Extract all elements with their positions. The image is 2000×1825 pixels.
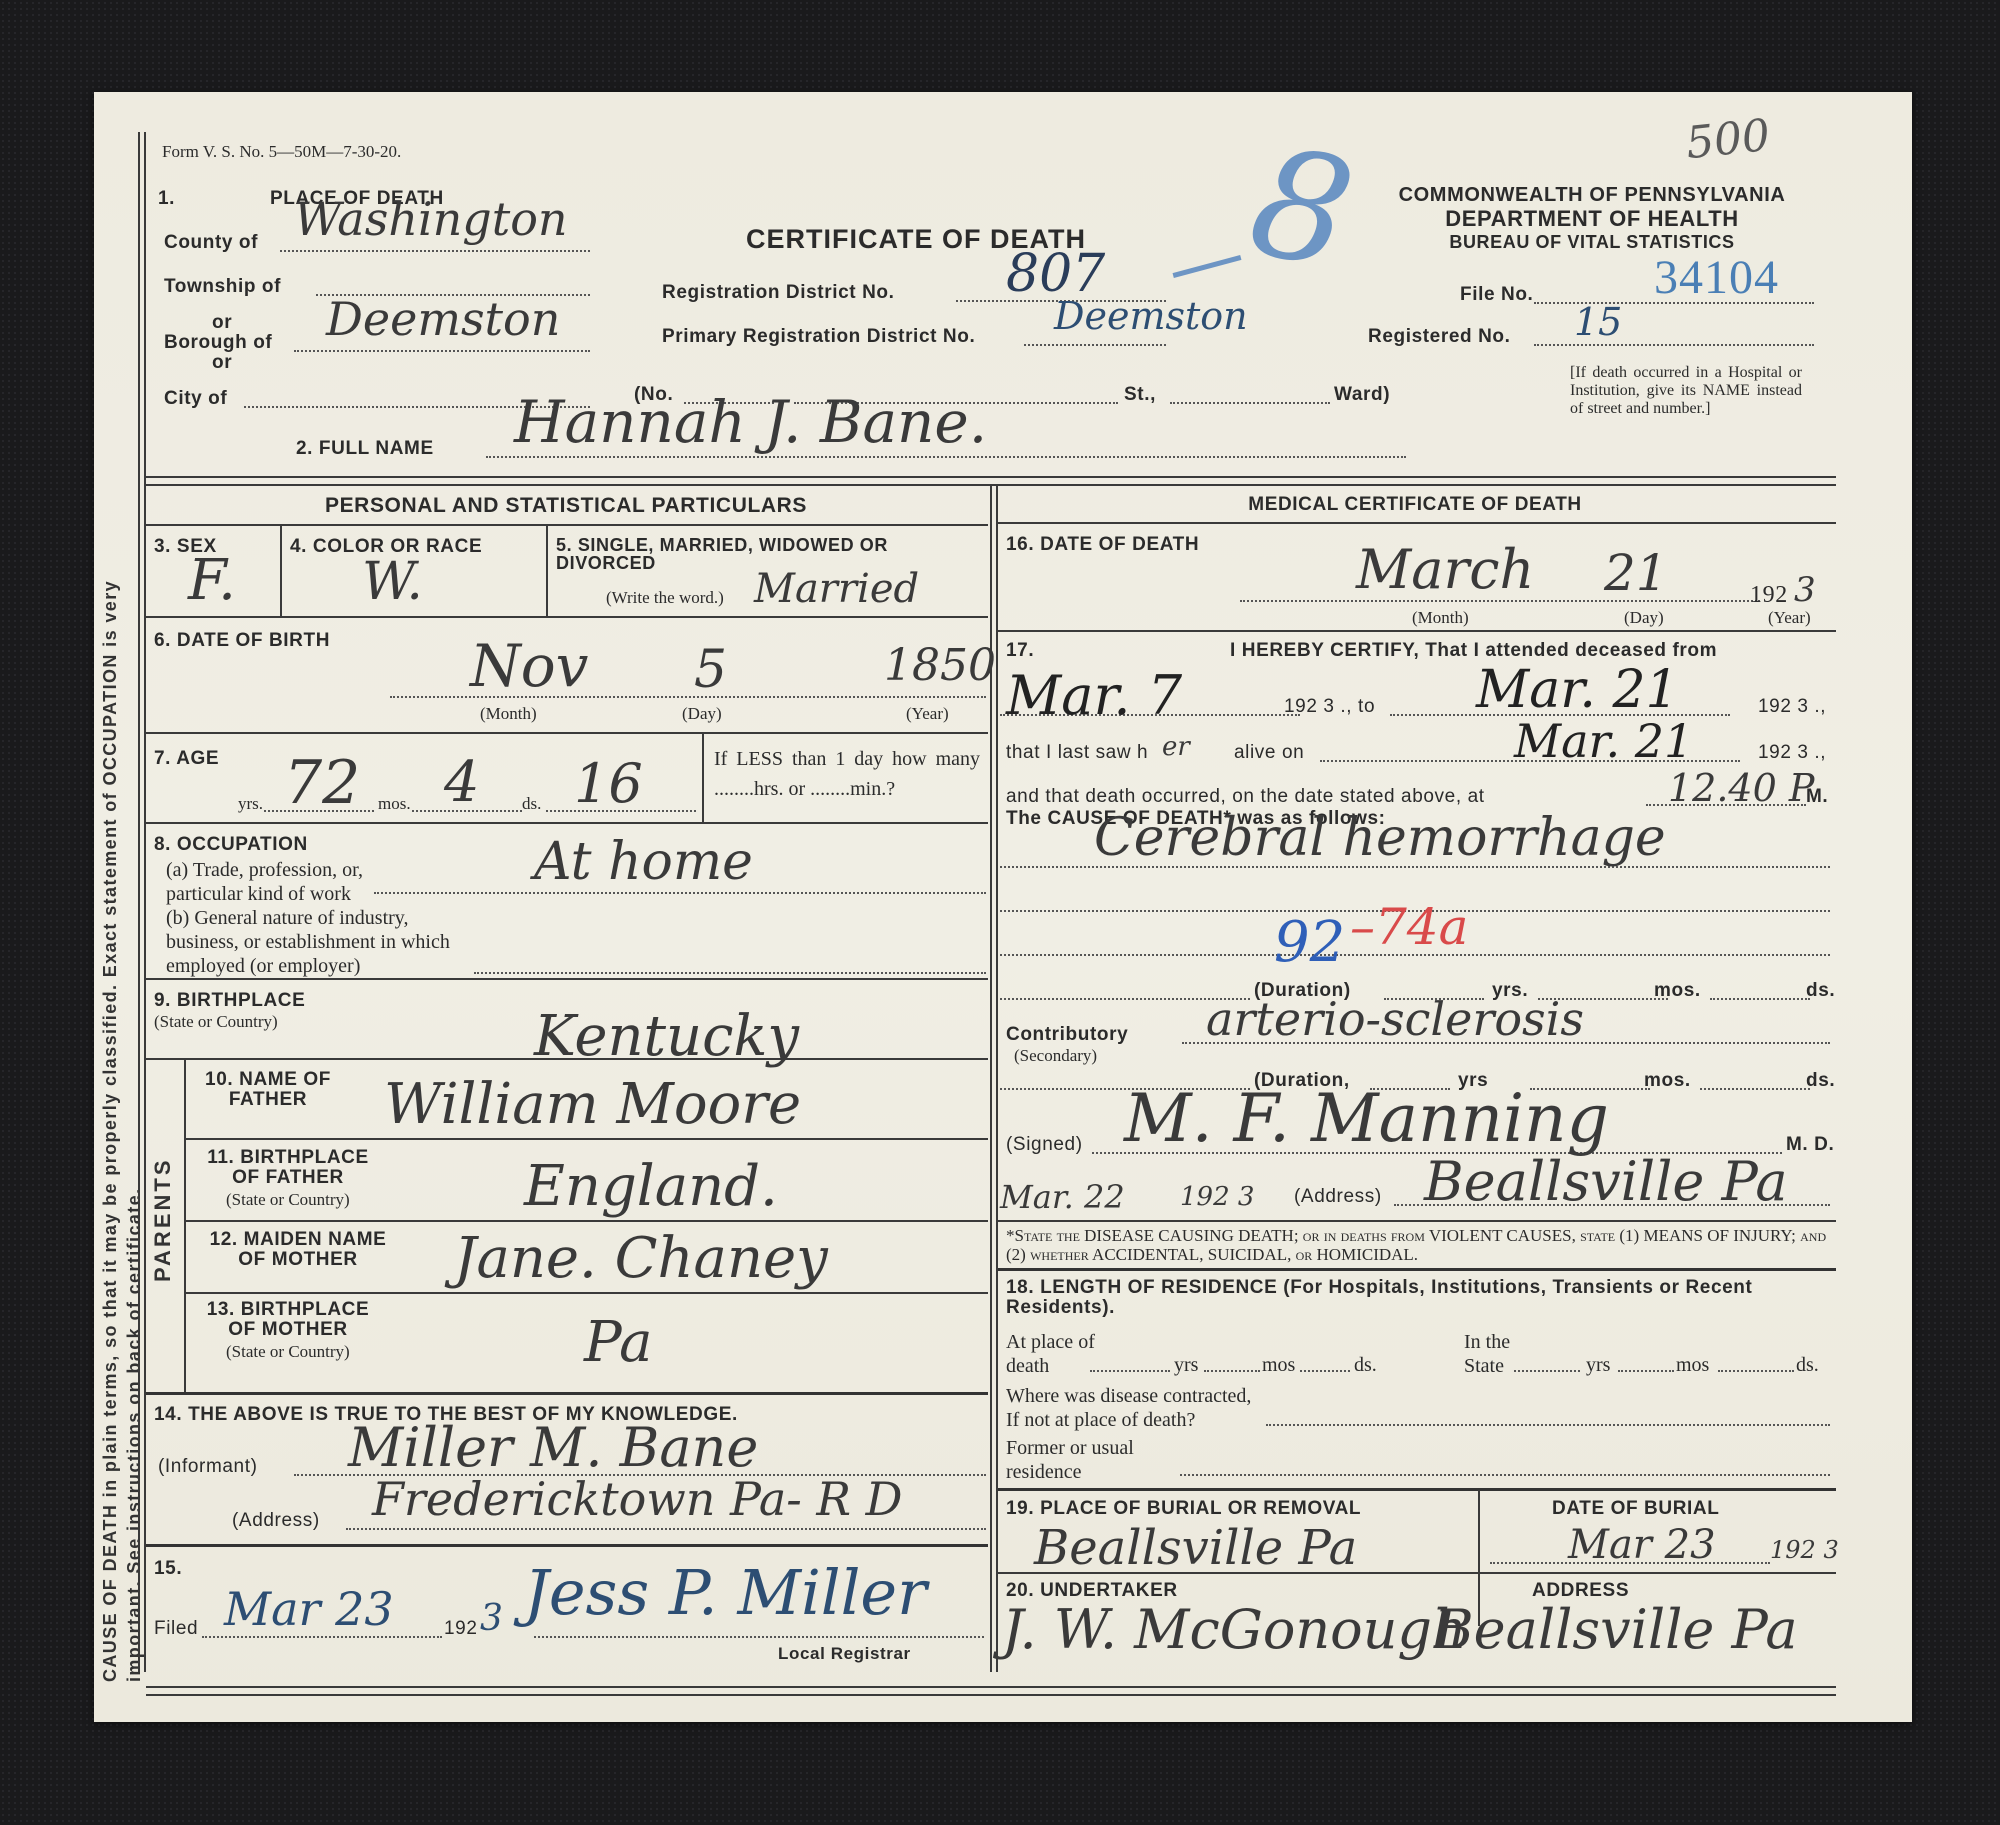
personal-section-title: PERSONAL AND STATISTICAL PARTICULARS — [146, 494, 986, 518]
rule — [280, 524, 282, 616]
in-state-mos-label: mos — [1676, 1354, 1709, 1377]
occupation-a-label: (a) Trade, profession, or, particular ki… — [166, 858, 416, 906]
county-line — [280, 250, 590, 252]
filed-line — [202, 1636, 442, 1638]
attended-from[interactable]: Mar. 7 — [1006, 664, 1182, 727]
agency-line1: COMMONWEALTH OF PENNSYLVANIA — [1362, 184, 1822, 207]
rule — [146, 524, 988, 526]
signed-label: (Signed) — [1006, 1134, 1083, 1156]
occupation-b-line — [474, 972, 986, 974]
dob-month[interactable]: Nov — [470, 632, 588, 700]
filed-year-prefix: 192 — [444, 1618, 478, 1640]
age-ds-label: ds. — [522, 794, 541, 814]
informant-address-value[interactable]: Fredericktown Pa- R D — [372, 1472, 903, 1526]
form-number: Form V. S. No. 5—50M—7-30-20. — [162, 142, 401, 162]
rule — [998, 1488, 1836, 1491]
rule — [146, 1392, 988, 1395]
medical-section-title: MEDICAL CERTIFICATE OF DEATH — [1000, 494, 1830, 516]
column-divider — [996, 486, 998, 1672]
undertaker-value[interactable]: J. W. McGonough — [1002, 1598, 1467, 1661]
file-number-label: File No. — [1460, 284, 1533, 306]
rule — [146, 822, 988, 824]
in-state-ds-label: ds. — [1796, 1354, 1819, 1377]
cause-value[interactable]: Cerebral hemorrhage — [1094, 808, 1666, 868]
full-name-value[interactable]: Hannah J. Bane. — [514, 388, 987, 456]
rule — [184, 1138, 988, 1140]
certify-text: I HEREBY CERTIFY, That I attended deceas… — [1230, 640, 1717, 662]
occupation-value[interactable]: At home — [534, 832, 753, 892]
physician-address-value[interactable]: Beallsville Pa — [1424, 1150, 1788, 1213]
in-state-yrs-label: yrs — [1586, 1354, 1610, 1377]
informant-value[interactable]: Miller M. Bane — [348, 1416, 758, 1479]
certify-number: 17. — [1006, 640, 1034, 662]
informant-address-label: (Address) — [232, 1510, 320, 1532]
rule — [998, 1220, 1836, 1222]
rule — [998, 630, 1836, 632]
agency-line2: DEPARTMENT OF HEALTH — [1362, 206, 1822, 232]
father-birthplace-hint: (State or Country) — [226, 1190, 350, 1210]
contracted-label: Where was disease contracted, If not at … — [1006, 1384, 1266, 1432]
dod-year-caption: (Year) — [1768, 608, 1811, 628]
sex-value[interactable]: F. — [188, 548, 236, 613]
rule — [998, 1268, 1836, 1271]
blue-dash — [1173, 255, 1242, 278]
dod-day-caption: (Day) — [1624, 608, 1664, 628]
dod-month[interactable]: March — [1356, 538, 1534, 601]
dod-label: 16. DATE OF DEATH — [1006, 534, 1199, 556]
full-name-label: 2. FULL NAME — [296, 438, 434, 460]
rule — [546, 524, 548, 616]
borough-label: Borough of — [164, 332, 272, 354]
father-birthplace-value[interactable]: England. — [524, 1154, 778, 1219]
death-time-suffix: M. — [1806, 786, 1828, 808]
mother-birthplace-value[interactable]: Pa — [584, 1310, 653, 1375]
age-days[interactable]: 16 — [574, 752, 643, 815]
burial-place-value[interactable]: Beallsville Pa — [1034, 1520, 1357, 1576]
left-border-line — [144, 132, 146, 1672]
duration2-mos-label: mos. — [1644, 1070, 1691, 1092]
death-time-label: and that death occurred, on the date sta… — [1006, 786, 1485, 808]
dod-day[interactable]: 21 — [1604, 544, 1668, 602]
burial-date-value[interactable]: Mar 23 — [1568, 1522, 1716, 1568]
filing-number: 15. — [154, 1558, 182, 1580]
rule — [146, 1544, 988, 1547]
contributory-label: Contributory — [1006, 1024, 1128, 1046]
physician-address-label: (Address) — [1294, 1186, 1382, 1208]
margin-note-line1: CAUSE OF DEATH in plain terms, so that i… — [100, 580, 121, 1682]
dob-day[interactable]: 5 — [694, 640, 727, 700]
mother-name-label: 12. MAIDEN NAME OF MOTHER — [198, 1230, 398, 1270]
primary-district-label: Primary Registration District No. — [662, 326, 975, 348]
dob-year-caption: (Year) — [906, 704, 949, 724]
occupation-b-label: (b) General nature of industry, business… — [166, 906, 476, 978]
birthplace-label: 9. BIRTHPLACE — [154, 990, 305, 1012]
rule — [998, 1572, 1836, 1574]
rule — [184, 1292, 988, 1294]
ward-line — [1170, 402, 1330, 404]
registrar-label: Local Registrar — [778, 1644, 911, 1664]
rule — [702, 732, 704, 822]
dod-month-caption: (Month) — [1412, 608, 1469, 628]
bottom-rule — [146, 1694, 1836, 1696]
informant-label: (Informant) — [158, 1456, 258, 1478]
margin-note-line2: important. See instructions on back of c… — [124, 1188, 145, 1683]
undertaker-address-value[interactable]: Beallsville Pa — [1434, 1598, 1798, 1661]
pencil-note: 500 — [1684, 110, 1773, 169]
duration2-ds-line — [1700, 1088, 1810, 1090]
filed-year-suffix[interactable]: 3 — [480, 1598, 503, 1639]
less-than-day-note: If LESS than 1 day how many ........hrs.… — [714, 744, 980, 804]
registered-number-line — [1534, 344, 1814, 346]
burial-place-label: 19. PLACE OF BURIAL OR REMOVAL — [1006, 1498, 1361, 1520]
borough-line — [294, 350, 590, 352]
in-state-ds-line — [1718, 1370, 1794, 1372]
age-label: 7. AGE — [154, 748, 219, 770]
header-divider — [146, 476, 1836, 478]
last-saw-pronoun[interactable]: er — [1162, 732, 1190, 762]
mother-name-value[interactable]: Jane. Chaney — [454, 1226, 828, 1291]
or-label: or — [212, 312, 232, 334]
age-mos-label: mos. — [378, 794, 411, 814]
ward-label: Ward) — [1334, 384, 1390, 406]
street-label: St., — [1124, 384, 1156, 406]
registrar-signature[interactable]: Jess P. Miller — [524, 1556, 927, 1629]
death-time-value[interactable]: 12.40 P — [1668, 766, 1814, 810]
signed-date[interactable]: Mar. 22 — [1000, 1178, 1125, 1216]
duration2-ds-label: ds. — [1806, 1070, 1835, 1092]
primary-district-line — [1024, 344, 1166, 346]
primary-district-value[interactable]: Deemston — [1054, 294, 1248, 338]
last-saw-label: that I last saw h — [1006, 742, 1148, 764]
dob-day-caption: (Day) — [682, 704, 722, 724]
at-place-mos-line — [1204, 1370, 1260, 1372]
age-years[interactable]: 72 — [284, 748, 360, 818]
cause-code-red: –74a — [1350, 898, 1468, 956]
duration-ds-label: ds. — [1806, 980, 1835, 1002]
rule — [998, 522, 1836, 524]
dod-year-prefix: 192 — [1750, 582, 1788, 609]
informant-address-line — [346, 1528, 986, 1530]
former-residence-label: Former or usual residence — [1006, 1436, 1146, 1484]
in-state-yrs-line — [1514, 1370, 1580, 1372]
burial-date-label: DATE OF BURIAL — [1552, 1498, 1719, 1520]
attended-from-year: 192 3 ., to — [1284, 696, 1375, 718]
birthplace-hint: (State or Country) — [154, 1012, 278, 1032]
race-value[interactable]: W. — [362, 552, 423, 612]
age-yrs-label: yrs. — [238, 794, 263, 814]
physician-signature[interactable]: M. F. Manning — [1124, 1080, 1609, 1157]
rule — [146, 978, 988, 980]
registrar-line — [534, 1636, 984, 1638]
former-residence-line — [1180, 1474, 1830, 1476]
parents-divider — [184, 1058, 186, 1394]
occupation-a-line — [374, 892, 986, 894]
residence-label: 18. LENGTH OF RESIDENCE (For Hospitals, … — [1006, 1278, 1832, 1318]
filed-label: Filed — [154, 1618, 198, 1640]
rule — [146, 732, 988, 734]
alive-on-label: alive on — [1234, 742, 1304, 764]
age-months[interactable]: 4 — [444, 750, 480, 815]
father-birthplace-label: 11. BIRTHPLACE OF FATHER — [198, 1148, 378, 1188]
mother-birthplace-hint: (State or Country) — [226, 1342, 350, 1362]
md-label: M. D. — [1786, 1134, 1834, 1156]
parents-side-label: PARENTS — [150, 1158, 176, 1283]
attended-to-year: 192 3 ., — [1758, 696, 1826, 718]
at-place-ds-label: ds. — [1354, 1354, 1377, 1377]
township-label: Township of — [164, 276, 281, 298]
registration-district-label: Registration District No. — [662, 282, 894, 304]
last-saw-date[interactable]: Mar. 21 — [1514, 714, 1693, 768]
contracted-line — [1266, 1424, 1830, 1426]
at-place-ds-line — [1300, 1370, 1350, 1372]
or-label-2: or — [212, 352, 232, 374]
death-certificate-page: CAUSE OF DEATH in plain terms, so that i… — [94, 92, 1912, 1722]
burial-date-year[interactable]: 192 3 — [1770, 1536, 1839, 1564]
signed-year[interactable]: 192 3 — [1180, 1182, 1254, 1212]
contributory-value[interactable]: arterio-sclerosis — [1206, 992, 1584, 1046]
attended-to[interactable]: Mar. 21 — [1476, 660, 1679, 720]
borough-value[interactable]: Deemston — [326, 292, 560, 346]
county-value[interactable]: Washington — [294, 192, 568, 246]
duration-ds-line — [1710, 998, 1810, 1000]
rule — [146, 616, 988, 618]
at-place-yrs-label: yrs — [1174, 1354, 1198, 1377]
dob-year[interactable]: 1850 — [884, 640, 996, 691]
bottom-rule — [146, 1686, 1836, 1688]
dob-label: 6. DATE OF BIRTH — [154, 630, 330, 652]
dob-month-caption: (Month) — [480, 704, 537, 724]
filed-value[interactable]: Mar 23 — [224, 1582, 394, 1636]
rule — [146, 1058, 988, 1060]
in-state-mos-line — [1618, 1370, 1674, 1372]
marital-hint: (Write the word.) — [606, 588, 724, 608]
blue-mark: 8 — [1237, 114, 1367, 304]
mother-birthplace-label: 13. BIRTHPLACE OF MOTHER — [198, 1300, 378, 1340]
occupation-label: 8. OCCUPATION — [154, 834, 308, 856]
registered-number-label: Registered No. — [1368, 326, 1511, 348]
rule — [184, 1220, 988, 1222]
at-place-mos-label: mos — [1262, 1354, 1295, 1377]
county-label: County of — [164, 232, 258, 254]
duration-mos-label: mos. — [1654, 980, 1701, 1002]
marital-value[interactable]: Married — [754, 566, 919, 612]
at-place-yrs-line — [1090, 1370, 1170, 1372]
father-name-label: 10. NAME OF FATHER — [198, 1070, 338, 1110]
file-number-value[interactable]: 34104 — [1654, 250, 1779, 305]
full-name-line — [486, 456, 1406, 458]
cause-code-blue: 92 — [1274, 910, 1345, 975]
father-name-value[interactable]: William Moore — [384, 1072, 801, 1137]
hospital-note: [If death occurred in a Hospital or Inst… — [1570, 364, 1802, 418]
last-saw-year: 192 3 ., — [1758, 742, 1826, 764]
city-label: City of — [164, 388, 227, 410]
left-border-line — [138, 132, 140, 1672]
secondary-label: (Secondary) — [1014, 1046, 1097, 1066]
cause-footnote: *State the DISEASE CAUSING DEATH; or in … — [1006, 1226, 1832, 1264]
registered-number-value[interactable]: 15 — [1574, 300, 1622, 344]
dod-year-suffix[interactable]: 3 — [1794, 570, 1816, 610]
place-of-death-number: 1. — [158, 188, 175, 210]
